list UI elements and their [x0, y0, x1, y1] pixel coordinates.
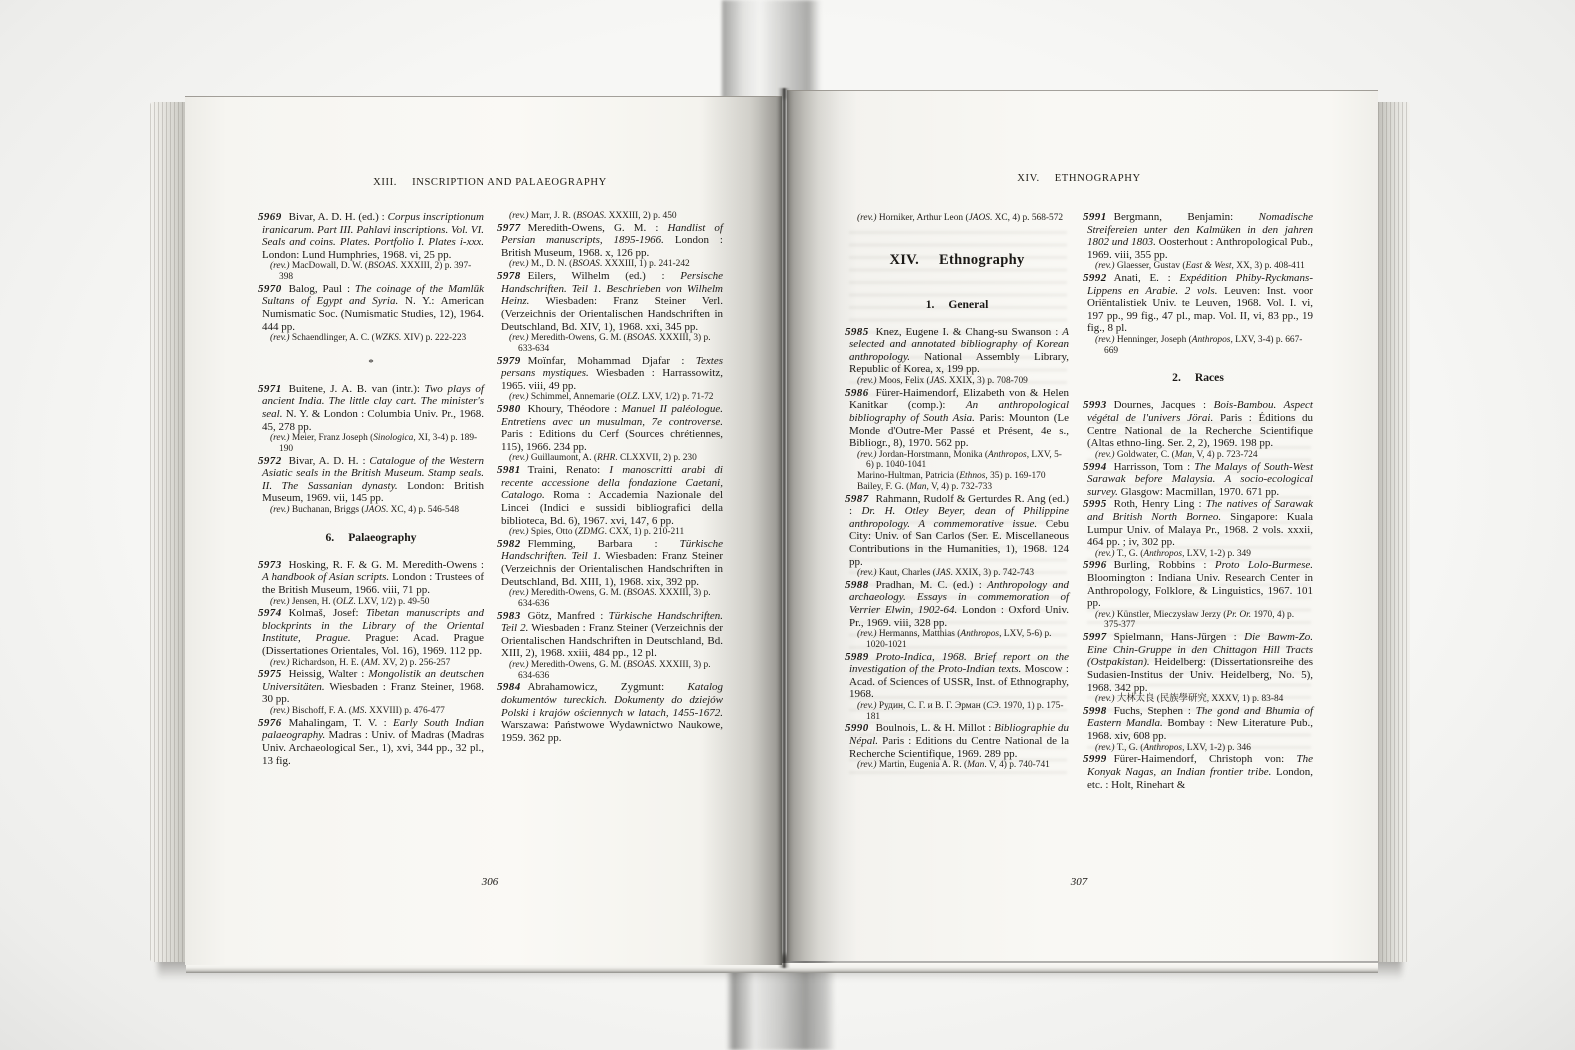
italic-text: (rev.) [270, 261, 290, 271]
text-run: , LXV, 1-2) p. 346 [1182, 743, 1251, 753]
entry-number: 5972 [258, 455, 282, 467]
bib-entry-5980: 5980Khoury, Théodore : Manuel II paléolo… [497, 403, 723, 453]
text-run: Götz, Manfred : [528, 610, 609, 622]
section-heading: 6.Palaeography [258, 531, 484, 544]
italic-text: Anthropos [988, 450, 1027, 460]
text-run: . XXVIII) p. 476-477 [364, 706, 444, 716]
italic-text: (rev.) [1095, 335, 1115, 345]
text-run: , V, 4) p. 732-733 [926, 482, 992, 492]
text-run: Marr, J. R. ( [529, 211, 577, 221]
bib-entry-5975: 5975Heissig, Walter : Mongolistik an deu… [258, 668, 484, 706]
right-page-edge-stack [1378, 102, 1410, 962]
review-line: Bailey, F. G. (Man, V, 4) p. 732-733 [845, 482, 1069, 493]
chapter-heading: XIV.Ethnography [845, 252, 1069, 269]
right-page-number: 307 [845, 876, 1313, 888]
text-run: . XC, 4) p. 568-572 [990, 213, 1063, 223]
italic-text: (rev.) [857, 213, 877, 223]
italic-text: (rev.) [270, 597, 290, 607]
review-line: (rev.) Künstler, Mieczysław Jerzy (Pr. O… [1083, 610, 1313, 631]
entry-number: 5977 [497, 222, 521, 234]
left-page-edge-stack [150, 102, 186, 962]
italic-text: JAOS [365, 505, 386, 515]
open-book-photo: XIII.INSCRIPTION AND PALAEOGRAPHY 5969Bi… [0, 0, 1575, 1050]
bib-entry-5972: 5972Bivar, A. D. H. : Catalogue of the W… [258, 455, 484, 505]
entry-number: 5974 [258, 607, 282, 619]
italic-text: RHR [597, 453, 615, 463]
entry-number: 5995 [1083, 498, 1107, 510]
entry-number: 5980 [497, 403, 521, 415]
right-page: XIV.ETHNOGRAPHY (rev.) Horniker, Arthur … [787, 90, 1378, 961]
review-line: (rev.) Jensen, H. (OLZ. LXV, 1/2) p. 49-… [258, 597, 484, 608]
text-run: . V, 4) p. 740-741 [984, 760, 1050, 770]
review-line: (rev.) Martin, Eugenia A. R. (Man. V, 4)… [845, 760, 1069, 771]
bib-entry-5986: 5986Fürer-Haimendorf, Elizabeth von & He… [845, 387, 1069, 450]
italic-text: JAS [930, 376, 945, 386]
bib-entry-5976: 5976Mahalingam, T. V. : Early South Indi… [258, 717, 484, 767]
bib-entry-5989: 5989Proto-Indica, 1968. Brief report on … [845, 651, 1069, 701]
italic-text: (rev.) [1095, 743, 1115, 753]
entry-number: 5999 [1083, 753, 1107, 765]
italic-text: (rev.) [509, 211, 529, 221]
review-line: Marino-Hultman, Patricia (Ethnos, 35) p.… [845, 471, 1069, 482]
right-chapter-roman-numeral: XIV. [1017, 173, 1040, 184]
text-run: Eilers, Wilhelm (ed.) : [528, 270, 681, 282]
bib-entry-5999: 5999Fürer-Haimendorf, Christoph von: The… [1083, 753, 1313, 791]
text-run: . LXV, 1/2) p. 49-50 [353, 597, 429, 607]
text-run: Pradhan, M. C. (ed.) : [876, 579, 987, 591]
italic-text: JAS [936, 568, 951, 578]
right-column-2: 5991Bergmann, Benjamin: Nomadische Strei… [1083, 211, 1313, 791]
entry-number: 5983 [497, 610, 521, 622]
italic-text: (rev.) [270, 333, 290, 343]
text-run: Burling, Robbins : [1114, 559, 1215, 571]
italic-text: (rev.) [1095, 694, 1115, 704]
text-run: London: Lund Humphries, 1968. vi, 25 pp. [262, 249, 451, 261]
text-run: Bergmann, Benjamin: [1114, 211, 1259, 223]
text-run: Meredith-Owens, G. M. ( [529, 588, 627, 598]
review-line: (rev.) 大林太良 (民族學研究, XXXV, 1) p. 83-84 [1083, 694, 1313, 705]
italic-text: (rev.) [857, 760, 877, 770]
text-run: Künstler, Mieczysław Jerzy ( [1115, 610, 1227, 620]
text-run: Paris : Editions du Centre National de l… [849, 735, 1069, 760]
review-line: (rev.) Hermanns, Matthias (Anthropos, LX… [845, 629, 1069, 650]
text-run: Buitene, J. A. B. van (intr.): [289, 383, 425, 395]
text-run: Moïnfar, Mohammad Djafar : [528, 355, 696, 367]
bib-entry-5992: 5992Anati, E. : Expédition Phiby-Ryckman… [1083, 272, 1313, 335]
text-run: Knez, Eugene I. & Chang-su Swanson : [876, 326, 1063, 338]
section-heading: 1.General [845, 298, 1069, 311]
review-line: (rev.) Schaendlinger, A. C. (WZKS. XIV) … [258, 333, 484, 344]
entry-number: 5986 [845, 387, 869, 399]
review-line: (rev.) Kaut, Charles (JAS. XXIX, 3) p. 7… [845, 568, 1069, 579]
italic-text: East & West [1185, 261, 1231, 271]
entry-number: 5976 [258, 717, 282, 729]
text-run: , 35) p. 169-170 [985, 471, 1045, 481]
text-run: Heissig, Walter : [289, 668, 369, 680]
bib-entry-5974: 5974Kolmaš, Josef: Tibetan manuscripts a… [258, 607, 484, 657]
italic-text: (rev.) [509, 392, 529, 402]
right-chapter-title: ETHNOGRAPHY [1055, 173, 1141, 184]
text-run: Wiesbaden : Franz Steiner (Verzeichnis d… [501, 622, 723, 659]
left-chapter-roman-numeral: XIII. [373, 177, 397, 188]
bib-entry-5973: 5973Hosking, R. F. & G. M. Meredith-Owen… [258, 559, 484, 597]
italic-text: AM [364, 658, 378, 668]
review-line: (rev.) Richardson, H. E. (AM. XV, 2) p. … [258, 658, 484, 669]
bib-entry-5978: 5978Eilers, Wilhelm (ed.) : Persische Ha… [497, 270, 723, 333]
text-run: Moos, Felix ( [877, 376, 930, 386]
text-run: . XXIX, 3) p. 708-709 [944, 376, 1028, 386]
text-run: N. Y. & London : Columbia Univ. Pr., 196… [262, 408, 484, 433]
italic-text: (rev.) [509, 588, 529, 598]
italic-text: (rev.) [857, 568, 877, 578]
review-line: (rev.) Meredith-Owens, G. M. (BSOAS. XXX… [497, 333, 723, 354]
italic-text: BSOAS [576, 211, 604, 221]
italic-text: (rev.) [270, 658, 290, 668]
entry-number: 5969 [258, 211, 282, 223]
bib-entry-5969: 5969Bivar, A. D. H. (ed.) : Corpus inscr… [258, 211, 484, 261]
text-run: Fürer-Haimendorf, Christoph von: [1114, 753, 1297, 765]
text-run: Bivar, A. D. H. : [289, 455, 370, 467]
italic-text: (rev.) [270, 433, 290, 443]
italic-text: Anthropos [1143, 743, 1182, 753]
italic-text: OLZ [336, 597, 353, 607]
bib-entry-5970: 5970Balog, Paul : The coinage of the Mam… [258, 283, 484, 333]
bib-entry-5990: 5990Boulnois, L. & H. Millot : Bibliogra… [845, 722, 1069, 760]
italic-text: (rev.) [270, 706, 290, 716]
italic-text: (rev.) [857, 701, 877, 711]
text-run: Bischoff, F. A. ( [290, 706, 352, 716]
entry-number: 5990 [845, 722, 869, 734]
entry-number: 5998 [1083, 705, 1107, 717]
review-line: (rev.) Meier, Franz Joseph (Sinologica, … [258, 433, 484, 454]
left-running-header: XIII.INSCRIPTION AND PALAEOGRAPHY [258, 177, 722, 188]
text-run: Fuchs, Stephen : [1114, 705, 1196, 717]
entry-number: 5991 [1083, 211, 1107, 223]
text-run: Goldwater, C. ( [1115, 450, 1175, 460]
italic-text: WZKS [375, 333, 399, 343]
italic-text: A handbook of Asian scripts. [262, 571, 389, 583]
review-line: (rev.) Meredith-Owens, G. M. (BSOAS. XXX… [497, 660, 723, 681]
italic-text: Anthropos [1192, 335, 1231, 345]
entry-number: 5984 [497, 681, 521, 693]
text-run: Glasgow: Macmillan, 1970. 671 pp. [1118, 486, 1279, 498]
text-run: Richardson, H. E. ( [290, 658, 365, 668]
entry-number: 5987 [845, 493, 869, 505]
bib-entry-5982: 5982Flemming, Barbara : Türkische Handsc… [497, 538, 723, 588]
text-run: . LXV, 1/2) p. 71-72 [637, 392, 713, 402]
entry-number: 5979 [497, 355, 521, 367]
italic-text: BSOAS [627, 660, 655, 670]
italic-text: Man [1175, 450, 1192, 460]
text-run: Jordan-Horstmann, Monika ( [877, 450, 988, 460]
entry-number: 5973 [258, 559, 282, 571]
left-page-number: 306 [258, 876, 722, 888]
book-gutter [778, 88, 790, 968]
text-run: . XV, 2) p. 256-257 [378, 658, 450, 668]
text-run: Schaendlinger, A. C. ( [290, 333, 375, 343]
entry-number: 5970 [258, 283, 282, 295]
text-run: . XXIX, 3) p. 742-743 [950, 568, 1034, 578]
left-chapter-title: INSCRIPTION AND PALAEOGRAPHY [412, 177, 607, 188]
italic-text: BSOAS [572, 259, 600, 269]
text-run: Marino-Hultman, Patricia ( [857, 471, 959, 481]
italic-text: Proto Lolo-Burmese. [1215, 559, 1313, 571]
text-run: , V, 4) p. 723-724 [1192, 450, 1258, 460]
bib-entry-5985: 5985Knez, Eugene I. & Chang-su Swanson :… [845, 326, 1069, 376]
bib-entry-5983: 5983Götz, Manfred : Türkische Handschrif… [497, 610, 723, 660]
review-line: (rev.) Henninger, Joseph (Anthropos, LXV… [1083, 335, 1313, 356]
text-run: Hermanns, Matthias ( [877, 629, 961, 639]
text-run: . XC, 4) p. 546-548 [386, 505, 459, 515]
italic-text: Sinologica [373, 433, 413, 443]
review-line: (rev.) Meredith-Owens, G. M. (BSOAS. XXX… [497, 588, 723, 609]
bib-entry-5971: 5971Buitene, J. A. B. van (intr.): Two p… [258, 383, 484, 433]
text-run: Horniker, Arthur Leon ( [877, 213, 969, 223]
italic-text: (rev.) [857, 376, 877, 386]
text-run: Dournes, Jacques : [1114, 399, 1214, 411]
review-line: (rev.) Guillaumont, A. (RHR. CLXXVII, 2)… [497, 453, 723, 464]
review-line: (rev.) Glaesser, Gustav (East & West, XX… [1083, 261, 1313, 272]
italic-text: BSOAS [368, 261, 396, 271]
text-run: Warszawa: Państwowe Wydawnictwo Naukowe,… [501, 719, 723, 744]
review-line: (rev.) Spies, Otto (ZDMG. CXX, 1) p. 210… [497, 527, 723, 538]
italic-text: (rev.) [509, 333, 529, 343]
text-run: . XXXIII, 1) p. 241-242 [600, 259, 690, 269]
italic-text: MS [352, 706, 365, 716]
text-run: Glaesser, Gustav ( [1115, 261, 1186, 271]
entry-number: 5975 [258, 668, 282, 680]
italic-text: (rev.) [509, 259, 529, 269]
text-run: T., G. ( [1115, 549, 1144, 559]
text-run: Martin, Eugenia A. R. ( [877, 760, 968, 770]
review-line: (rev.) Bischoff, F. A. (MS. XXVIII) p. 4… [258, 706, 484, 717]
bib-entry-5977: 5977Meredith-Owens, G. M. : Handlist of … [497, 222, 723, 260]
text-run: , XX, 3) p. 408-411 [1232, 261, 1305, 271]
review-line: (rev.) MacDowall, D. W. (BSOAS. XXXIII, … [258, 261, 484, 282]
text-run: Meredith-Owens, G. M. ( [529, 333, 627, 343]
bib-entry-5984: 5984Abrahamowicz, Zygmunt: Katalog dokum… [497, 681, 723, 744]
text-run: Schimmel, Annemarie ( [529, 392, 621, 402]
text-run: Roth, Henry Ling : [1114, 498, 1206, 510]
italic-text: СЭ [986, 701, 998, 711]
italic-text: OLZ [620, 392, 637, 402]
entry-number: 5981 [497, 464, 521, 476]
book-cradle-strap-top [722, 0, 822, 99]
text-run: . XIV) p. 222-223 [399, 333, 466, 343]
text-run: , LXV, 1-2) p. 349 [1182, 549, 1251, 559]
text-run: Abrahamowicz, Zygmunt: [528, 681, 688, 693]
text-run: Traini, Renato: [528, 464, 610, 476]
heading-number: XIV. [889, 252, 919, 268]
entry-number: 5997 [1083, 631, 1107, 643]
entry-number: 5988 [845, 579, 869, 591]
text-run: M., D. N. ( [529, 259, 573, 269]
text-run: . CXX, 1) p. 210-211 [605, 527, 685, 537]
text-run: Guillaumont, A. ( [529, 453, 598, 463]
heading-number: 6. [326, 531, 335, 544]
text-run: 大林太良 (民族學研究, XXXV, 1) p. 83-84 [1115, 694, 1284, 704]
italic-text: (rev.) [857, 450, 877, 460]
italic-text: Ethnos [959, 471, 985, 481]
left-page: XIII.INSCRIPTION AND PALAEOGRAPHY 5969Bi… [185, 96, 782, 965]
review-carryover: (rev.) Horniker, Arthur Leon (JAOS. XC, … [845, 213, 1069, 224]
text-run: Meredith-Owens, G. M. : [528, 222, 668, 234]
italic-text: Pr. Or. [1226, 610, 1251, 620]
text-run: Flemming, Barbara : [528, 538, 680, 550]
entry-number: 5982 [497, 538, 521, 550]
bib-entry-5991: 5991Bergmann, Benjamin: Nomadische Strei… [1083, 211, 1313, 261]
bib-entry-5993: 5993Dournes, Jacques : Bois-Bambou. Aspe… [1083, 399, 1313, 449]
text-run: MacDowall, D. W. ( [290, 261, 368, 271]
italic-text: (rev.) [1095, 450, 1115, 460]
text-run: Spies, Otto ( [529, 527, 578, 537]
review-line: (rev.) T., G. (Anthropos, LXV, 1-2) p. 3… [1083, 549, 1313, 560]
heading-number: 1. [926, 298, 935, 311]
entry-number: 5971 [258, 383, 282, 395]
asterisk-separator: * [258, 357, 484, 369]
text-run: Harrisson, Tom : [1114, 461, 1195, 473]
text-run: Paris : Editions du Cerf (Sources chréti… [501, 428, 723, 453]
text-run: Kolmaš, Josef: [289, 607, 366, 619]
text-run: Wiesbaden: Franz Steiner Verl. (Verzeich… [501, 295, 723, 332]
bib-entry-5988: 5988Pradhan, M. C. (ed.) : Anthropology … [845, 579, 1069, 629]
section-heading: 2.Races [1083, 371, 1313, 384]
text-run: Khoury, Théodore : [528, 403, 622, 415]
text-run: Mahalingam, T. V. : [289, 717, 393, 729]
bib-entry-5987: 5987Rahmann, Rudolf & Gerturdes R. Ang (… [845, 493, 1069, 569]
review-carryover: (rev.) Marr, J. R. (BSOAS. XXXIII, 2) p.… [497, 211, 723, 222]
entry-number: 5989 [845, 651, 869, 663]
heading-label: Palaeography [348, 531, 416, 544]
review-line: (rev.) Schimmel, Annemarie (OLZ. LXV, 1/… [497, 392, 723, 403]
text-run: Bivar, A. D. H. (ed.) : [289, 211, 388, 223]
text-run: Kaut, Charles ( [877, 568, 936, 578]
italic-text: Anthropos [1143, 549, 1182, 559]
right-column-1: (rev.) Horniker, Arthur Leon (JAOS. XC, … [845, 213, 1069, 771]
text-run: T., G. ( [1115, 743, 1144, 753]
italic-text: (rev.) [509, 660, 529, 670]
left-column-2: (rev.) Marr, J. R. (BSOAS. XXXIII, 2) p.… [497, 211, 723, 744]
text-run: Spielmann, Hans-Jürgen : [1114, 631, 1245, 643]
italic-text: Man [967, 760, 984, 770]
bib-entry-5979: 5979Moïnfar, Mohammad Djafar : Textes pe… [497, 355, 723, 393]
text-run: Boulnois, L. & H. Millot : [876, 722, 995, 734]
bib-entry-5996: 5996Burling, Robbins : Proto Lolo-Burmes… [1083, 559, 1313, 609]
text-run: Hosking, R. F. & G. M. Meredith-Owens : [289, 559, 484, 571]
text-run: Jensen, H. ( [290, 597, 337, 607]
review-line: (rev.) Moos, Felix (JAS. XXIX, 3) p. 708… [845, 376, 1069, 387]
text-run: Balog, Paul : [289, 283, 355, 295]
bib-entry-5994: 5994Harrisson, Tom : The Malays of South… [1083, 461, 1313, 499]
heading-label: Ethnography [939, 252, 1025, 268]
italic-text: (rev.) [509, 527, 529, 537]
text-run: Meier, Franz Joseph ( [290, 433, 374, 443]
review-line: (rev.) Goldwater, C. (Man, V, 4) p. 723-… [1083, 450, 1313, 461]
bib-entry-5997: 5997Spielmann, Hans-Jürgen : Die Bawm-Zo… [1083, 631, 1313, 694]
text-run: Buchanan, Briggs ( [290, 505, 365, 515]
italic-text: (rev.) [1095, 549, 1115, 559]
left-column-1: 5969Bivar, A. D. H. (ed.) : Corpus inscr… [258, 211, 484, 767]
review-line: (rev.) M., D. N. (BSOAS. XXXIII, 1) p. 2… [497, 259, 723, 270]
review-line: (rev.) T., G. (Anthropos, LXV, 1-2) p. 3… [1083, 743, 1313, 754]
italic-text: (rev.) [857, 629, 877, 639]
entry-number: 5992 [1083, 272, 1107, 284]
italic-text: Anthropos [960, 629, 999, 639]
heading-label: General [948, 298, 988, 311]
text-run: Bloomington : Indiana Univ. Research Cen… [1087, 572, 1313, 609]
italic-text: (rev.) [1095, 261, 1115, 271]
entry-number: 5996 [1083, 559, 1107, 571]
text-run: Anati, E. : [1114, 272, 1180, 284]
text-run: . XXXIII, 2) p. 450 [604, 211, 677, 221]
review-line: (rev.) Jordan-Horstmann, Monika (Anthrop… [845, 450, 1069, 471]
italic-text: BSOAS [627, 588, 655, 598]
bib-entry-5998: 5998Fuchs, Stephen : The gond and Bhumia… [1083, 705, 1313, 743]
italic-text: Dr. H. Otley Beyer, dean of Philippine a… [849, 505, 1069, 530]
text-run: Bailey, F. G. ( [857, 482, 909, 492]
bib-entry-5995: 5995Roth, Henry Ling : The natives of Sa… [1083, 498, 1313, 548]
italic-text: BSOAS [627, 333, 655, 343]
entry-number: 5985 [845, 326, 869, 338]
text-run: . CLXXVII, 2) p. 230 [615, 453, 697, 463]
heading-label: Races [1195, 371, 1224, 384]
italic-text: (rev.) [270, 505, 290, 515]
text-run: Meredith-Owens, G. M. ( [529, 660, 627, 670]
italic-text: ZDMG [578, 527, 605, 537]
italic-text: (rev.) [1095, 610, 1115, 620]
italic-text: Man [909, 482, 926, 492]
bib-entry-5981: 5981Traini, Renato: I manoscritti arabi … [497, 464, 723, 527]
review-line: (rev.) Рудин, С. Г. и В. Г. Эрман (СЭ. 1… [845, 701, 1069, 722]
entry-number: 5978 [497, 270, 521, 282]
italic-text: JAOS [969, 213, 990, 223]
right-running-header: XIV.ETHNOGRAPHY [845, 173, 1313, 184]
review-line: (rev.) Buchanan, Briggs (JAOS. XC, 4) p.… [258, 505, 484, 516]
text-run: Рудин, С. Г. и В. Г. Эрман ( [877, 701, 987, 711]
text-run: Henninger, Joseph ( [1115, 335, 1192, 345]
heading-number: 2. [1172, 371, 1181, 384]
entry-number: 5993 [1083, 399, 1107, 411]
italic-text: (rev.) [509, 453, 529, 463]
entry-number: 5994 [1083, 461, 1107, 473]
